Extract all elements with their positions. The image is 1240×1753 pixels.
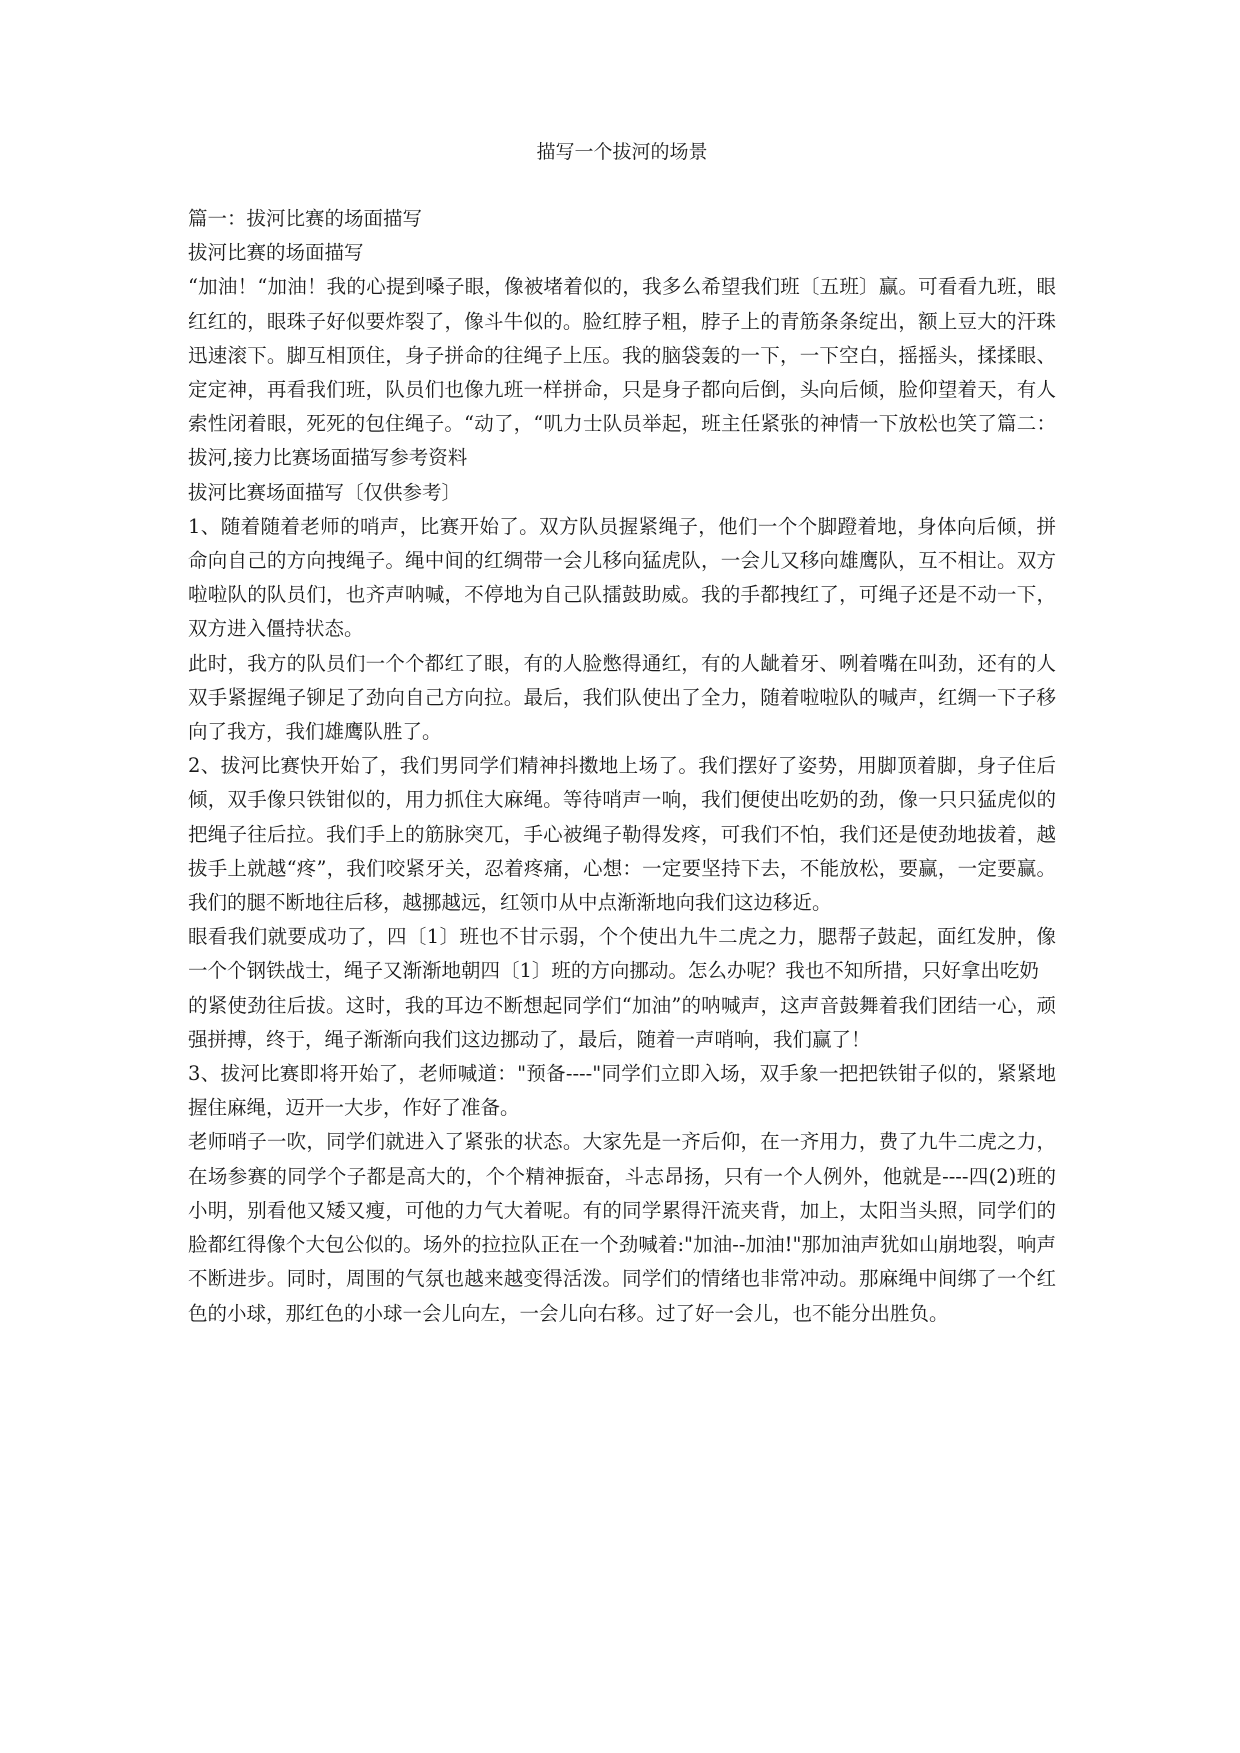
paragraph: “加油！“加油！我的心提到嗓子眼，像被堵着似的，我多么希望我们班〔五班〕赢。可看…: [188, 270, 1056, 475]
section-heading-1: 篇一：拔河比赛的场面描写: [188, 202, 1056, 236]
subheading: 拔河比赛的场面描写: [188, 236, 1056, 270]
subheading: 拔河比赛场面描写〔仅供参考〕: [188, 476, 1056, 510]
paragraph: 老师哨子一吹，同学们就进入了紧张的状态。大家先是一齐后仰，在一齐用力，费了九牛二…: [188, 1125, 1056, 1330]
paragraph: 1、随着随着老师的哨声，比赛开始了。双方队员握紧绳子，他们一个个脚蹬着地，身体向…: [188, 510, 1056, 647]
document-body: 篇一：拔河比赛的场面描写 拔河比赛的场面描写 “加油！“加油！我的心提到嗓子眼，…: [188, 202, 1056, 1331]
paragraph: 此时，我方的队员们一个个都红了眼，有的人脸憋得通红，有的人龇着牙、咧着嘴在叫劲，…: [188, 647, 1056, 750]
paragraph: 3、拔河比赛即将开始了，老师喊道："预备----"同学们立即入场，双手象一把把铁…: [188, 1057, 1056, 1125]
paragraph: 2、拔河比赛快开始了，我们男同学们精神抖擞地上场了。我们摆好了姿势，用脚顶着脚，…: [188, 749, 1056, 920]
paragraph: 的紧使劲往后拔。这时，我的耳边不断想起同学们“加油”的呐喊声，这声音鼓舞着我们团…: [188, 989, 1056, 1057]
paragraph: 眼看我们就要成功了，四〔1〕班也不甘示弱，个个使出九牛二虎之力，腮帮子鼓起，面红…: [188, 920, 1056, 988]
document-title: 描写一个拔河的场景: [188, 138, 1056, 166]
